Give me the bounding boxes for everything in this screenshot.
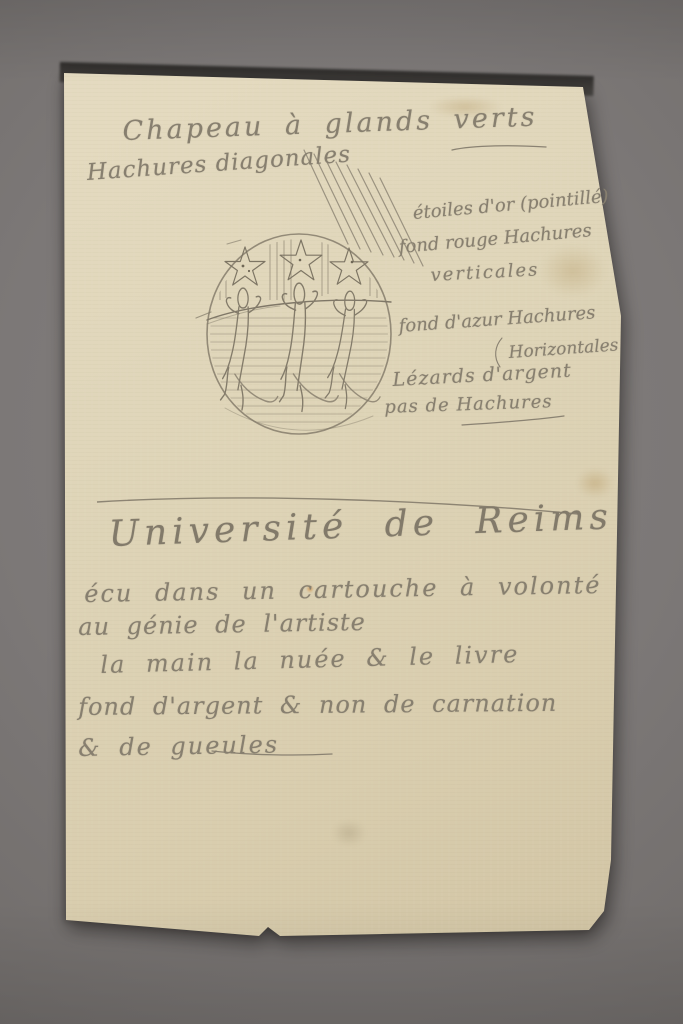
lower-line-gueules: & de gueules xyxy=(78,730,279,762)
lizard-figure xyxy=(221,288,278,410)
lower-line-artiste: au génie de l'artiste xyxy=(78,608,366,641)
star-icon xyxy=(330,248,368,284)
star-icon xyxy=(280,240,322,280)
heading-flourish xyxy=(452,146,546,150)
photograph-of-manuscript: Chapeau à glands verts Hachures diagonal… xyxy=(0,0,683,1024)
lower-line-fond-argent: fond d'argent & non de carnation xyxy=(78,689,557,721)
